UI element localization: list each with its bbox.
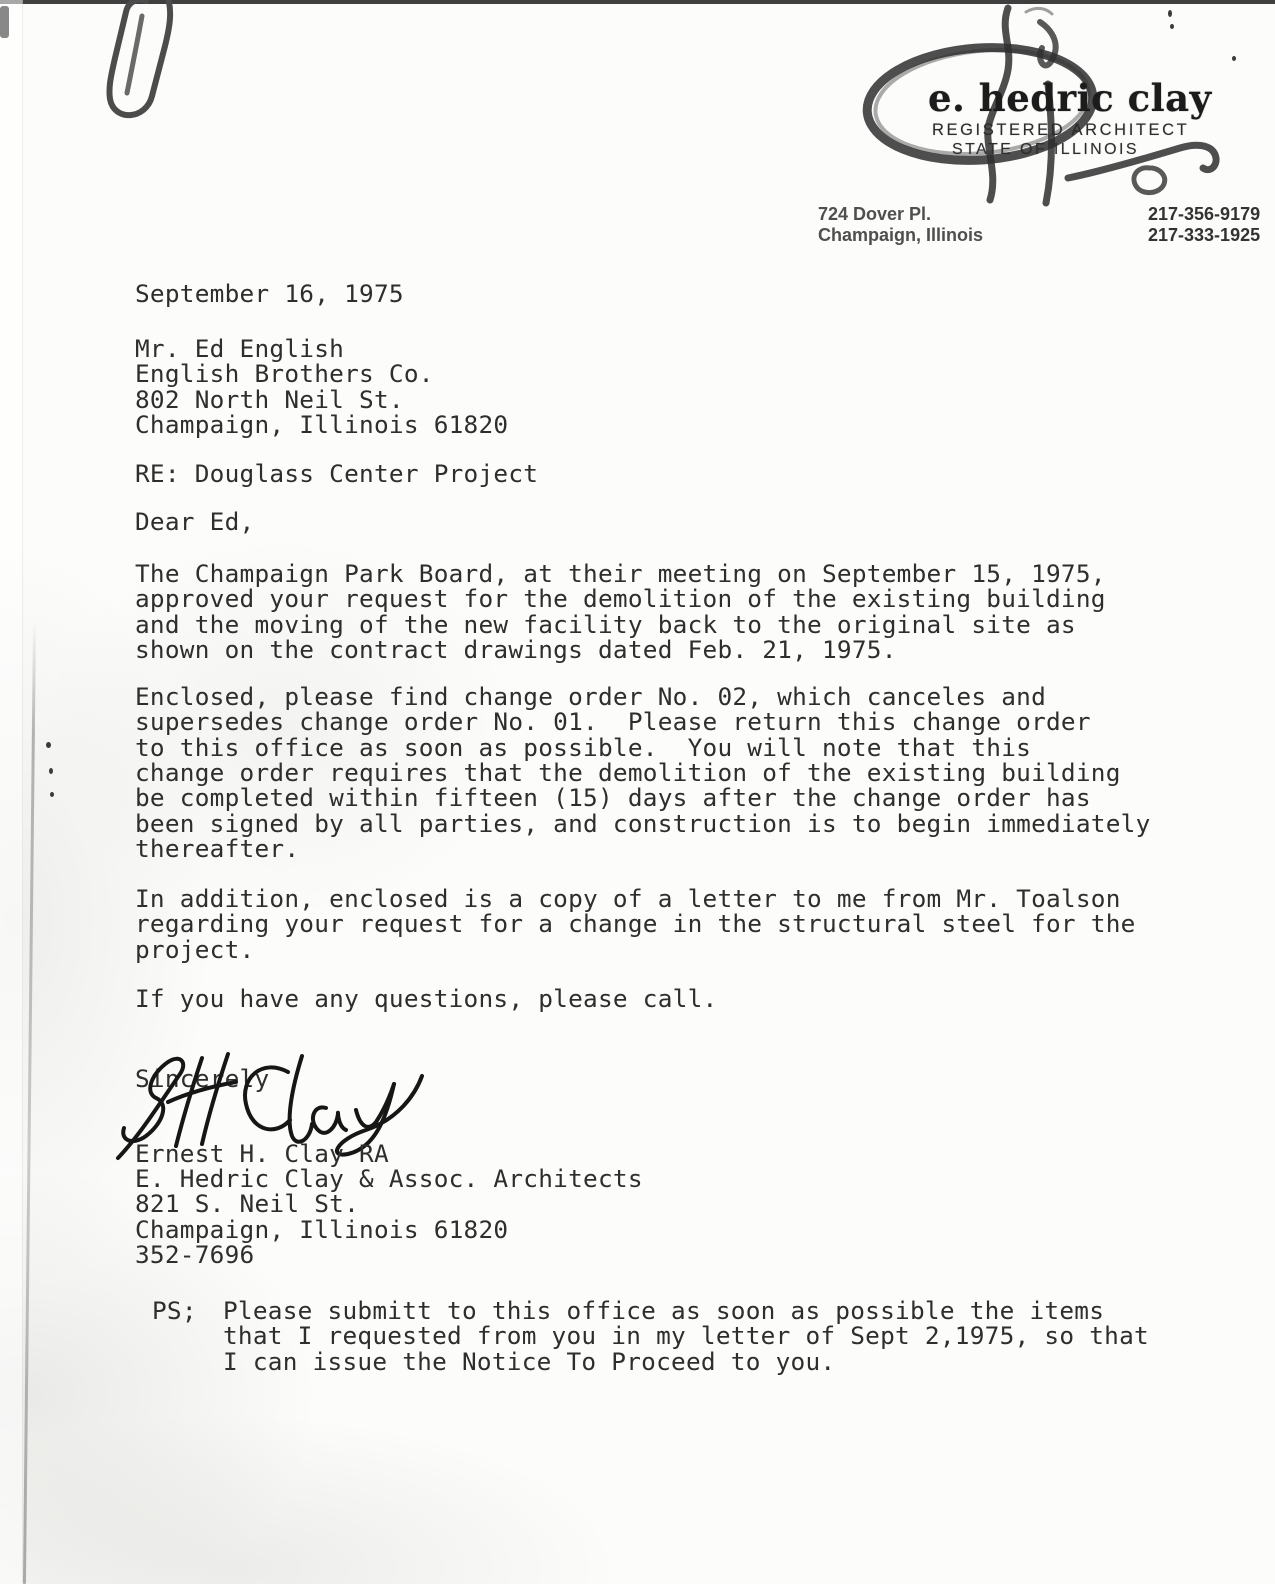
signer-name: Ernest H. Clay RA	[135, 1141, 389, 1166]
letterhead-title-architect: REGISTERED ARCHITECT	[932, 121, 1189, 140]
scanned-letter-page: e. hedric clay REGISTERED ARCHITECT STAT…	[0, 0, 1275, 1584]
paragraph-1: The Champaign Park Board, at their meeti…	[135, 561, 1106, 662]
salutation: Dear Ed,	[135, 509, 254, 534]
letterhead-title-state: STATE OF ILLINOIS	[952, 141, 1139, 159]
letterhead-address: 724 Dover Pl. Champaign, Illinois	[818, 204, 983, 246]
ps-text: Please submitt to this office as soon as…	[223, 1298, 1149, 1374]
scan-speck	[49, 768, 53, 774]
signer-address-block: E. Hedric Clay & Assoc. Architects 821 S…	[135, 1166, 643, 1267]
letterhead-phones: 217-356-9179 217-333-1925	[1148, 204, 1260, 246]
paperclip-icon	[88, 0, 198, 146]
page-crease	[23, 620, 36, 1584]
letterhead-name: e. hedric clay	[928, 76, 1212, 120]
ps-label: PS;	[152, 1298, 197, 1323]
recipient-address: Mr. Ed English English Brothers Co. 802 …	[135, 336, 508, 437]
scan-corner-mark	[0, 6, 9, 38]
scan-speck	[50, 792, 54, 797]
re-line: RE: Douglass Center Project	[135, 461, 538, 486]
scan-speck	[46, 742, 51, 748]
letter-date: September 16, 1975	[135, 281, 404, 306]
paragraph-4: If you have any questions, please call.	[135, 986, 717, 1011]
paragraph-2: Enclosed, please find change order No. 0…	[135, 684, 1151, 861]
paragraph-3: In addition, enclosed is a copy of a let…	[135, 886, 1136, 962]
scan-left-edge	[0, 0, 23, 1584]
